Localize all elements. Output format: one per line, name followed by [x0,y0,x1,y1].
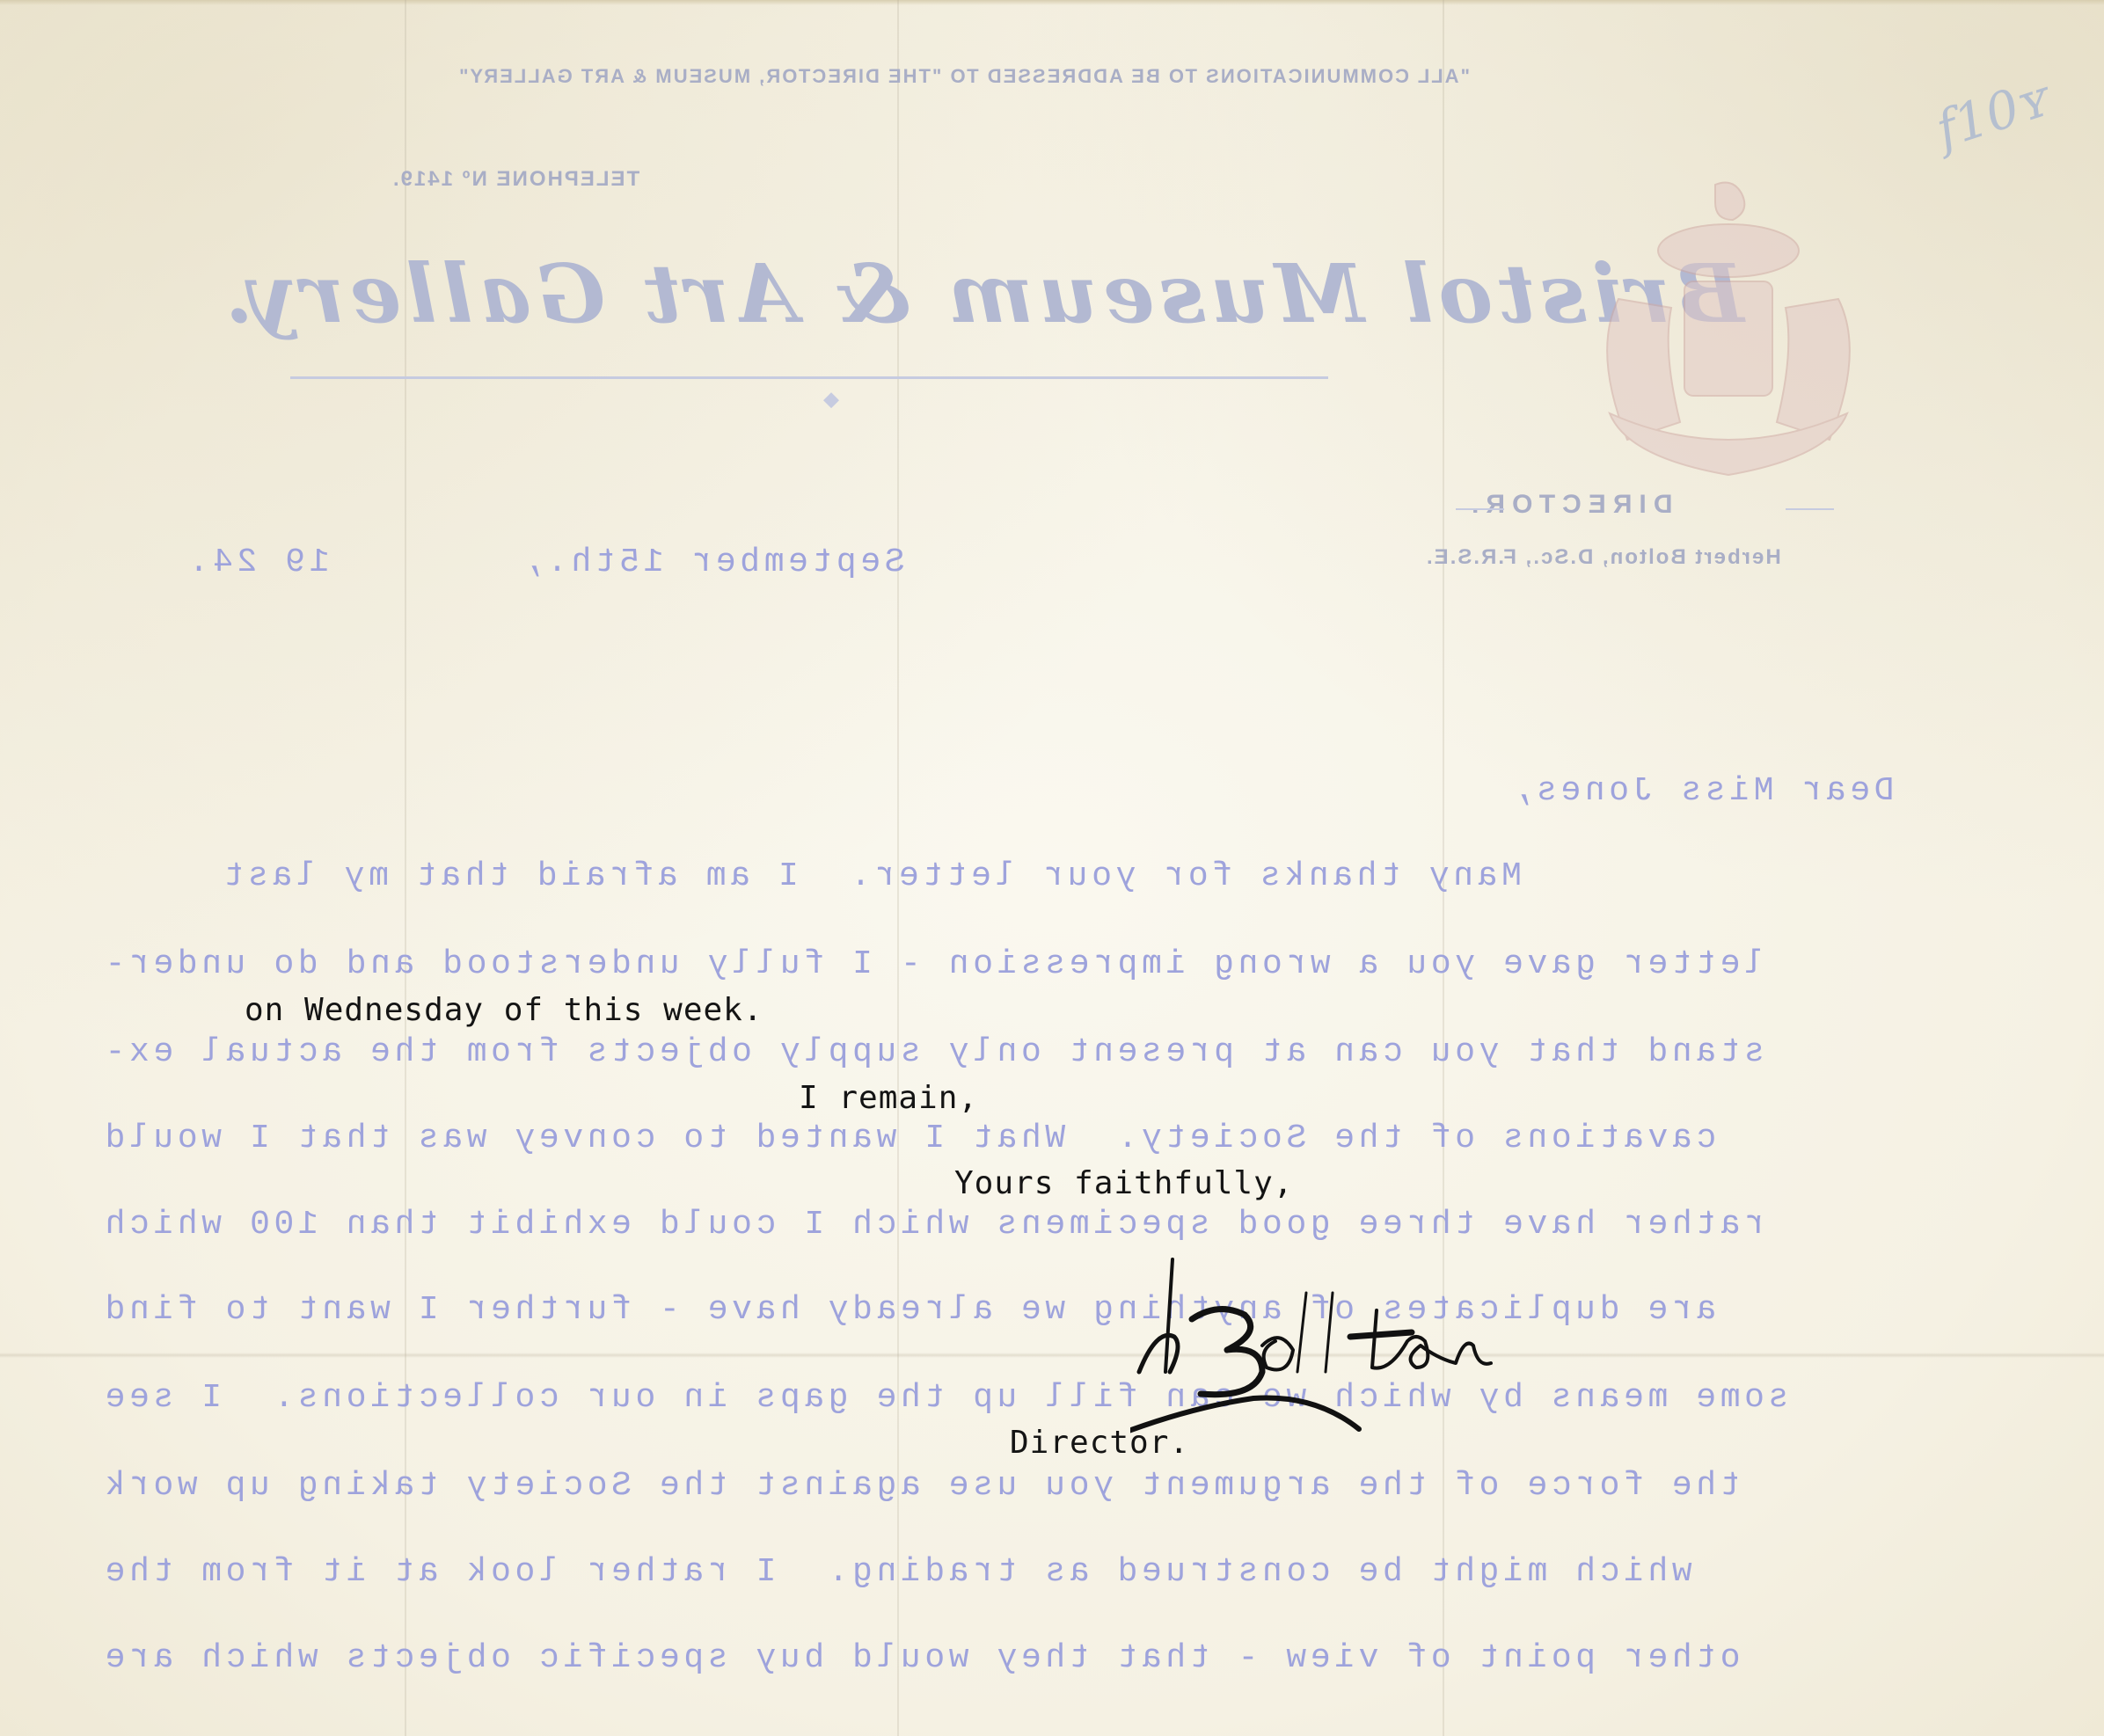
salutation: Dear Miss Jones, [1509,772,1894,810]
letterhead-ornament-icon: ◆ [823,383,839,416]
letterhead-director-name: Herbert Bolton, D.Sc., F.R.S.E. [1425,545,1781,570]
body-line: letter gave you a wrong impression - I f… [101,945,1764,983]
body-line: which might be construed as trading. I r… [101,1553,1692,1591]
closing-line: on Wednesday of this week. [245,992,763,1028]
valediction: Yours faithfully, [954,1165,1293,1201]
body-line: other point of view - that they would bu… [101,1639,1740,1677]
body-line: Many thanks for your letter. I am afraid… [220,857,1522,895]
body-line: cavations of the Society. What I wanted … [101,1120,1716,1157]
director-rule-left [1456,508,1504,510]
letterhead-telephone: TELEPHONE Nº 1419. [391,167,639,192]
letterhead-institution: Bristol Museum & Art Gallery. [220,246,1744,341]
handwritten-signature [1130,1240,1658,1451]
body-line: rather have three good specimens which I… [101,1206,1764,1244]
paper-top-edge [0,0,2104,5]
date-year: 19 24. [185,543,329,581]
remain-line: I remain, [799,1080,978,1116]
letterhead-notice: "ALL COMMUNICATIONS TO BE ADDRESSED TO "… [457,65,1470,88]
body-line: stand that you can at present only suppl… [101,1033,1764,1071]
body-line: the force of the argument you use agains… [101,1467,1740,1505]
signatory-title: Director. [1010,1425,1189,1461]
coat-of-arms-icon [1583,176,1874,492]
date-line: September 15th., [519,543,904,581]
letterhead-rule [290,376,1328,379]
director-rule-right [1786,508,1834,510]
letterhead-director-label: DIRECTOR. [1465,490,1672,520]
fold-crease-horizontal [0,1353,2104,1358]
